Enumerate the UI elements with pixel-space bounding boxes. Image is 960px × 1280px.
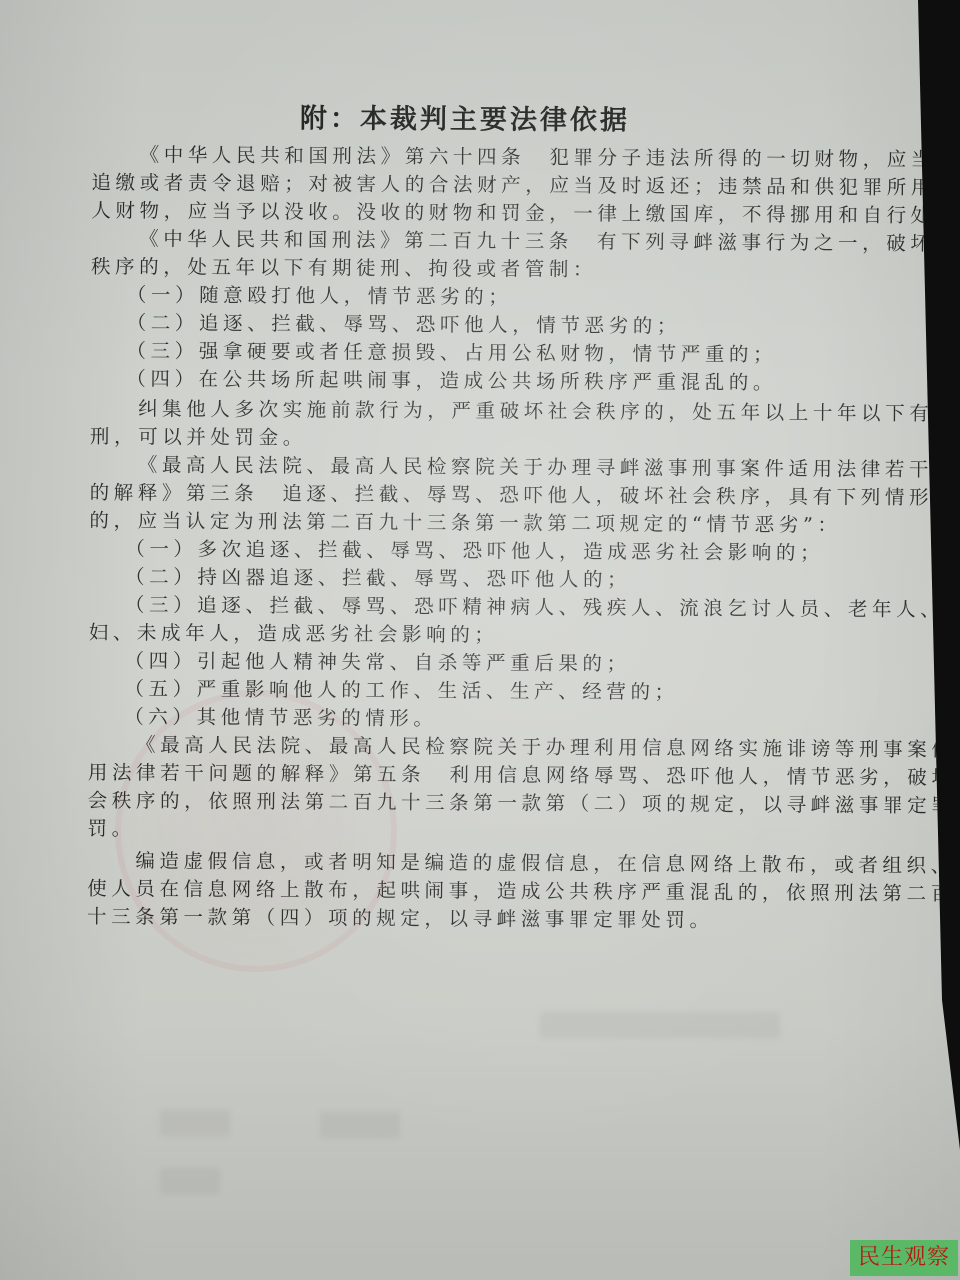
- list-item: （二）持凶器追逐、拦截、辱骂、恐吓他人的；: [125, 564, 631, 593]
- text-line: 编造虚假信息，或者明知是编造的虚假信息，在信息网络上散布，或者组织、指: [135, 848, 960, 879]
- text-line: 《最高人民法院、最高人民检察院关于办理寻衅滋事刑事案件适用法律若干问题: [138, 452, 960, 483]
- page-title: 附：本裁判主要法律依据: [300, 96, 630, 137]
- text-line: 使人员在信息网络上散布，起哄闹事，造成公共秩序严重混乱的，依照刑法第二百九: [87, 876, 960, 907]
- list-item: （一）多次追逐、拦截、辱骂、恐吓他人，造成恶劣社会影响的；: [125, 536, 824, 566]
- text-line: 会秩序的，依照刑法第二百九十三条第一款第（二）项的规定，以寻衅滋事罪定罪处: [88, 788, 960, 819]
- text-line: 秩序的，处五年以下有期徒刑、拘役或者管制：: [91, 254, 597, 283]
- list-item: （五）严重影响他人的工作、生活、生产、经营的；: [124, 676, 678, 705]
- document-content: 附：本裁判主要法律依据 《中华人民共和国刑法》第六十四条 犯罪分子违法所得的一切…: [0, 0, 960, 1280]
- list-item: （三）追逐、拦截、辱骂、恐吓精神病人、残疾人、流浪乞讨人员、老年人、孕: [125, 592, 960, 623]
- text-line: 的，应当认定为刑法第二百九十三条第一款第二项规定的“情节恶劣”：: [89, 508, 841, 539]
- text-line: 罚。: [87, 816, 135, 842]
- list-item: （四）引起他人精神失常、自杀等严重后果的；: [124, 648, 630, 677]
- text-line: 追缴或者责令退赔；对被害人的合法财产，应当及时返还；违禁品和供犯罪所用的本: [91, 170, 960, 201]
- list-item: （六）其他情节恶劣的情形。: [124, 704, 437, 732]
- text-line: 纠集他人多次实施前款行为，严重破坏社会秩序的，处五年以上十年以下有期徒: [138, 396, 960, 427]
- list-item: （一）随意殴打他人，情节恶劣的；: [127, 282, 513, 310]
- list-item: （二）追逐、拦截、辱骂、恐吓他人，情节恶劣的；: [127, 310, 681, 339]
- text-line: 妇、未成年人，造成恶劣社会影响的；: [89, 620, 499, 649]
- list-item: （四）在公共场所起哄闹事，造成公共场所秩序严重混乱的。: [126, 366, 777, 396]
- text-line: 十三条第一款第（四）项的规定，以寻衅滋事罪定罪处罚。: [87, 904, 714, 934]
- text-line: 《最高人民法院、最高人民检察院关于办理利用信息网络实施诽谤等刑事案件适: [136, 732, 960, 763]
- text-line: 《中华人民共和国刑法》第六十四条 犯罪分子违法所得的一切财物，应当予以: [140, 142, 960, 173]
- text-line: 刑，可以并处罚金。: [90, 424, 307, 451]
- list-item: （三）强拿硬要或者任意损毁、占用公私财物，情节严重的；: [126, 338, 777, 368]
- watermark-badge: 民生观察: [850, 1240, 958, 1276]
- text-line: 《中华人民共和国刑法》第二百九十三条 有下列寻衅滋事行为之一，破坏社会: [139, 226, 960, 257]
- document-page: 附：本裁判主要法律依据 《中华人民共和国刑法》第六十四条 犯罪分子违法所得的一切…: [0, 0, 960, 1280]
- text-line: 用法律若干问题的解释》第五条 利用信息网络辱骂、恐吓他人，情节恶劣，破坏社: [88, 760, 960, 791]
- text-line: 的解释》第三条 追逐、拦截、辱骂、恐吓他人，破坏社会秩序，具有下列情形之一: [90, 480, 960, 511]
- text-line: 人财物，应当予以没收。没收的财物和罚金，一律上缴国库，不得挪用和自行处理。: [91, 198, 960, 229]
